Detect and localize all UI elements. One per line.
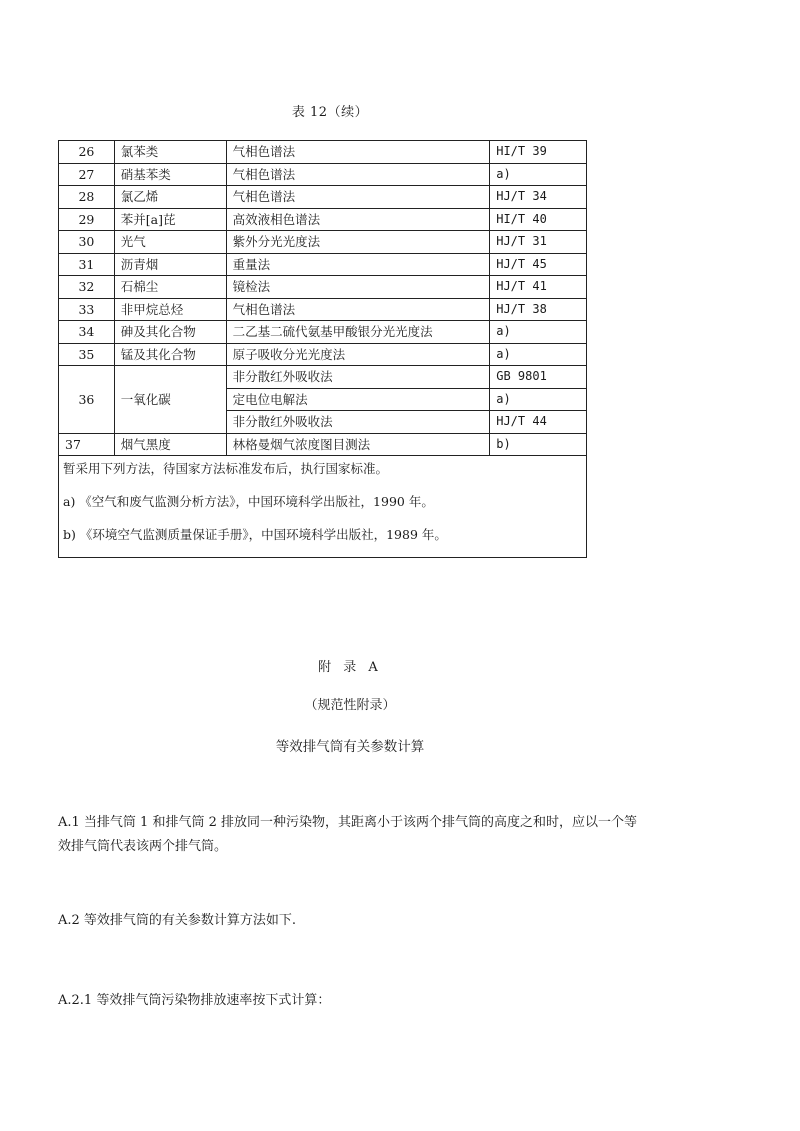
table-row: 35锰及其化合物原子吸收分光光度法a) — [59, 343, 587, 366]
table-row: 27硝基苯类气相色谱法a) — [59, 163, 587, 186]
pollutant-name: 石棉尘 — [114, 276, 226, 299]
pollutant-name: 非甲烷总烃 — [114, 298, 226, 321]
row-number: 36 — [59, 366, 115, 434]
standard-ref: HJ/T 31 — [490, 231, 587, 254]
paragraph-a1: A.1 当排气筒 1 和排气筒 2 排放同一种污染物，其距离小于该两个排气筒的高… — [58, 811, 638, 859]
appendix-subtitle: （规范性附录） — [0, 694, 700, 713]
method-name: 非分散红外吸收法 — [226, 411, 490, 434]
row-number: 29 — [59, 208, 115, 231]
table-caption: 表 12（续） — [0, 101, 660, 120]
method-name: 林格曼烟气浓度图目测法 — [226, 433, 490, 456]
standard-ref: HJ/T 45 — [490, 253, 587, 276]
pollutant-name: 一氧化碳 — [114, 366, 226, 434]
standard-ref: a) — [490, 163, 587, 186]
pollutant-name: 锰及其化合物 — [114, 343, 226, 366]
row-number: 30 — [59, 231, 115, 254]
standard-ref: HJ/T 34 — [490, 186, 587, 209]
standard-ref: HI/T 40 — [490, 208, 587, 231]
method-name: 气相色谱法 — [226, 186, 490, 209]
pollutant-name: 硝基苯类 — [114, 163, 226, 186]
table-row: 36一氧化碳非分散红外吸收法GB 9801 — [59, 366, 587, 389]
row-number: 37 — [59, 433, 115, 456]
standard-ref: b) — [490, 433, 587, 456]
table-row: 31沥青烟重量法HJ/T 45 — [59, 253, 587, 276]
pollutant-name: 氯苯类 — [114, 141, 226, 164]
table-row: 26氯苯类气相色谱法HI/T 39 — [59, 141, 587, 164]
notes-intro: 暂采用下列方法，待国家方法标准发布后，执行国家标准。 — [63, 458, 582, 480]
method-name: 原子吸收分光光度法 — [226, 343, 490, 366]
table-row: 29苯并[a]芘高效液相色谱法HI/T 40 — [59, 208, 587, 231]
appendix-title: 附 录 A — [0, 656, 700, 675]
method-name: 非分散红外吸收法 — [226, 366, 490, 389]
row-number: 34 — [59, 321, 115, 344]
method-name: 镜检法 — [226, 276, 490, 299]
row-number: 27 — [59, 163, 115, 186]
table-row: 30光气紫外分光光度法HJ/T 31 — [59, 231, 587, 254]
method-name: 气相色谱法 — [226, 298, 490, 321]
row-number: 33 — [59, 298, 115, 321]
table-notes: 暂采用下列方法，待国家方法标准发布后，执行国家标准。a) 《空气和废气监测分析方… — [59, 456, 587, 558]
appendix-heading: 等效排气筒有关参数计算 — [0, 735, 700, 755]
pollutant-name: 砷及其化合物 — [114, 321, 226, 344]
row-number: 32 — [59, 276, 115, 299]
note-reference: b) 《环境空气监测质量保证手册》，中国环境科学出版社，1989 年。 — [63, 524, 582, 546]
row-number: 35 — [59, 343, 115, 366]
row-number: 31 — [59, 253, 115, 276]
table-row: 37烟气黑度林格曼烟气浓度图目测法b) — [59, 433, 587, 456]
method-name: 重量法 — [226, 253, 490, 276]
standard-ref: HJ/T 38 — [490, 298, 587, 321]
row-number: 26 — [59, 141, 115, 164]
standard-ref: HJ/T 44 — [490, 411, 587, 434]
table-row: 32石棉尘镜检法HJ/T 41 — [59, 276, 587, 299]
monitoring-methods-table: 26氯苯类气相色谱法HI/T 3927硝基苯类气相色谱法a)28氯乙烯气相色谱法… — [58, 140, 587, 558]
standard-ref: HJ/T 41 — [490, 276, 587, 299]
pollutant-name: 烟气黑度 — [114, 433, 226, 456]
pollutant-name: 沥青烟 — [114, 253, 226, 276]
note-reference: a) 《空气和废气监测分析方法》，中国环境科学出版社，1990 年。 — [63, 491, 582, 513]
method-name: 紫外分光光度法 — [226, 231, 490, 254]
pollutant-name: 苯并[a]芘 — [114, 208, 226, 231]
method-name: 高效液相色谱法 — [226, 208, 490, 231]
paragraph-a2-1: A.2.1 等效排气筒污染物排放速率按下式计算： — [58, 989, 638, 1013]
paragraph-a2: A.2 等效排气筒的有关参数计算方法如下. — [58, 909, 638, 933]
method-name: 气相色谱法 — [226, 163, 490, 186]
row-number: 28 — [59, 186, 115, 209]
standard-ref: HI/T 39 — [490, 141, 587, 164]
table-row: 33非甲烷总烃气相色谱法HJ/T 38 — [59, 298, 587, 321]
table-notes-row: 暂采用下列方法，待国家方法标准发布后，执行国家标准。a) 《空气和废气监测分析方… — [59, 456, 587, 558]
standard-ref: a) — [490, 343, 587, 366]
method-name: 二乙基二硫代氨基甲酸银分光光度法 — [226, 321, 490, 344]
standard-ref: GB 9801 — [490, 366, 587, 389]
method-name: 气相色谱法 — [226, 141, 490, 164]
table-row: 28氯乙烯气相色谱法HJ/T 34 — [59, 186, 587, 209]
standard-ref: a) — [490, 321, 587, 344]
pollutant-name: 氯乙烯 — [114, 186, 226, 209]
table-row: 34砷及其化合物二乙基二硫代氨基甲酸银分光光度法a) — [59, 321, 587, 344]
method-name: 定电位电解法 — [226, 388, 490, 411]
pollutant-name: 光气 — [114, 231, 226, 254]
standard-ref: a) — [490, 388, 587, 411]
